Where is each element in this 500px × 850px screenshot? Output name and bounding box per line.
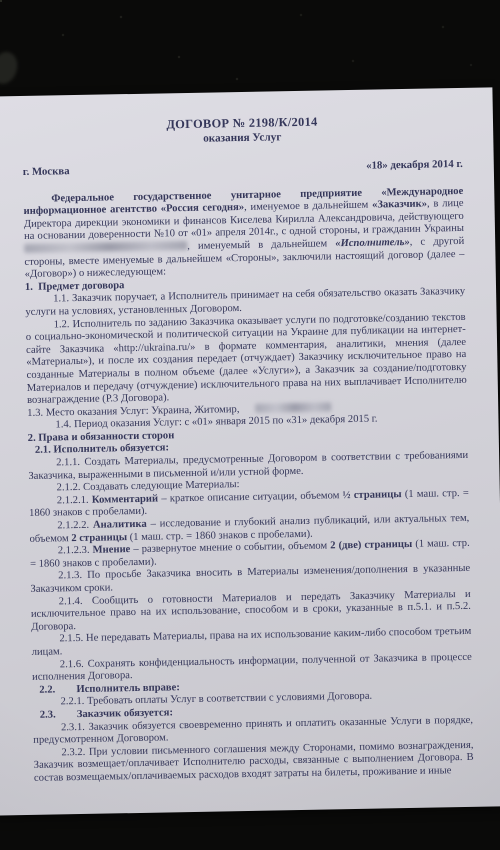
text-segment: «Исполнитель» (335, 237, 410, 249)
text-segment: Комментарий (92, 493, 158, 505)
text-segment: 1. Предмет договора (25, 280, 125, 293)
text-segment: 2 страницы (71, 532, 127, 544)
paragraph: 2.3.2. При условии письменного соглашени… (33, 740, 474, 786)
date-label: «18» декабря 2014 г. (366, 158, 463, 172)
dark-corner-mark (0, 49, 22, 88)
document-page: ДОГОВОР № 2198/К/2014 оказания Услуг г. … (0, 87, 500, 815)
text-segment: 2.1.2.3. (58, 545, 93, 557)
intro-paragraph: Федеральное государственное унитарное пр… (23, 186, 465, 282)
text-segment: , именуемое в дальнейшем (244, 200, 372, 213)
redacted-text (24, 241, 187, 253)
text-segment: 2. Права и обязанности сторон (28, 430, 175, 444)
document-content: ДОГОВОР № 2198/К/2014 оказания Услуг г. … (22, 112, 474, 785)
text-segment: 1.2. Исполнитель по заданию Заказчика ок… (26, 311, 467, 406)
text-segment: 2.3. Заказчик обязуется: (40, 707, 173, 720)
text-segment: Аналитика (93, 519, 147, 531)
text-segment: «Заказчик» (372, 199, 427, 211)
text-segment: 2.1.2.2. (57, 520, 93, 532)
text-segment: – краткое описание ситуации, объемом (158, 490, 343, 504)
text-segment: 2.2. Исполнитель вправе: (39, 682, 180, 696)
redacted-text (255, 402, 331, 412)
text-segment: ½ страницы (343, 489, 402, 501)
text-segment: 2 (две) страницы (330, 539, 412, 552)
text-segment: 2.1.4. Сообщить о готовности Материалов … (31, 588, 471, 632)
text-segment: 2.3.2. При условии письменного соглашени… (34, 740, 474, 784)
document-body: Федеральное государственное унитарное пр… (23, 186, 474, 786)
photo-background: ДОГОВОР № 2198/К/2014 оказания Услуг г. … (0, 0, 500, 850)
wall-speck-texture (0, 0, 2, 2)
text-segment: , именуемый в дальнейшем (187, 238, 335, 252)
paragraph: 1.2. Исполнитель по заданию Заказчика ок… (26, 311, 468, 407)
text-segment: 2.1. Исполнитель обязуется: (35, 443, 169, 456)
city-label: г. Москва (23, 165, 70, 178)
text-segment: Мнение (93, 544, 131, 556)
text-segment: 2.1.2.1. (57, 495, 92, 507)
city-date-row: г. Москва «18» декабря 2014 г. (23, 158, 463, 179)
text-segment: – развернутое мнение о событии, объемом (130, 541, 330, 556)
